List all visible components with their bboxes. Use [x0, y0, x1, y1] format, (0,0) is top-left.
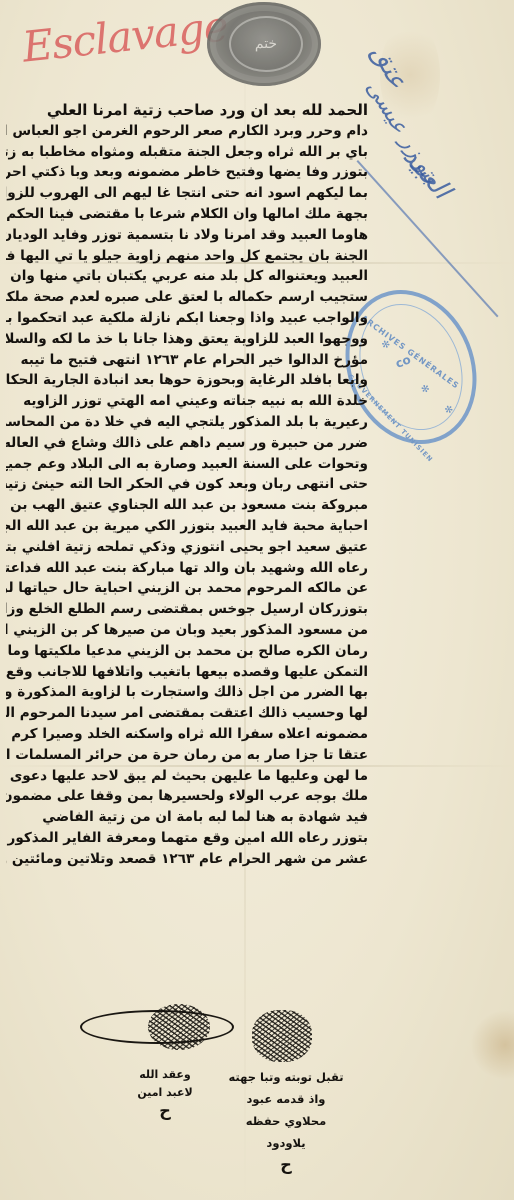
- text-line: فيد شهادة به هنا لما لبه بامة ان من زتية…: [6, 807, 368, 828]
- text-line: بها الضرر من اجل ذالك واستجارت با لزاوية…: [6, 682, 368, 703]
- right-signature: تقبل توبته وتبا جهته واذ قدمه عبود محلاو…: [226, 1066, 346, 1176]
- text-line: ضرر من حبيرة ور سيم داهم على ذالك وشاع ف…: [6, 433, 368, 454]
- text-line: ووجهوا العبد للزاوية يعتق وهذا جانا با خ…: [6, 329, 368, 350]
- text-line: وتحوات على السنة العبيد وصارة به الى الب…: [6, 454, 368, 475]
- left-signature: وعقد الله لاعبد امين ح: [120, 1066, 210, 1120]
- text-line: ما لهن وعليها ما عليهن بحيث لم يبق لاحد …: [6, 766, 368, 787]
- text-line: عتيق سعيد اجو يحيى انتوزي وذكي تملحه زتي…: [6, 537, 368, 558]
- text-line: حتى انتهى ربان وبعد كون في الحكر الحا ال…: [6, 474, 368, 495]
- seal-inscription: ختم: [229, 16, 303, 72]
- text-line: مؤرخ الدالوا خير الحرام عام ١٢٦٣ انتهى ف…: [6, 350, 368, 371]
- signature-line: ح: [226, 1154, 346, 1176]
- text-line: باي بر الله ثراه وجعل الجنة متقبله ومثوا…: [6, 142, 368, 163]
- signature-line: لاعبد امين: [120, 1084, 210, 1102]
- manuscript-body: الحمد لله بعد ان ورد صاحب زتية امرنا الع…: [6, 100, 368, 869]
- signature-line: ح: [120, 1102, 210, 1120]
- text-line: وابعا بافلد الرغاية وبحوزة حوها بعد انبا…: [6, 370, 368, 391]
- text-line: عشر من شهر الحرام عام ١٢٦٣ قصعد وتلاتين …: [6, 849, 368, 870]
- text-line: دام وحرر وبرد الكارم صعر الرحوم الغرمن ا…: [6, 121, 368, 142]
- text-line: بتوزركان ارسيل جوخس بمقتضى رسم الطلع الخ…: [6, 599, 368, 620]
- text-line: رعاه الله وشهيد بان والد تها مباركة بنت …: [6, 558, 368, 579]
- text-line: رمان الكره صالح بن محمد بن الزيني مدعيا …: [6, 641, 368, 662]
- document-page: Esclavage ختم عتق بتو زر عيسى العبيد ARC…: [0, 0, 514, 1200]
- signature-line: يلاودود: [226, 1132, 346, 1154]
- text-line: والواجب عبيد واذا وجعنا ابكم نازلة ملكية…: [6, 308, 368, 329]
- text-line: الحمد لله بعد ان ورد صاحب زتية امرنا الع…: [6, 100, 368, 121]
- text-line: بتوزر رعاه الله امين وقع متهما ومعرفة ال…: [6, 828, 368, 849]
- text-line: خلدة الله به نبيه جناته وعيني امه الهتي …: [6, 391, 368, 412]
- paper-stain: [470, 1010, 514, 1080]
- text-line: التمكن عليها وقصده بيعها باتغيب واتلافها…: [6, 662, 368, 683]
- text-line: احباية محبة فايد العبيد بتوزر الكي ميرية…: [6, 516, 368, 537]
- signature-line: تقبل توبته وتبا جهته: [226, 1066, 346, 1088]
- text-line: هاوما العبيد وقد امرنا ولاد نا بتسمية تو…: [6, 225, 368, 246]
- text-line: بتوزر وفا يضها وفتيح خاطر مضمونه وبعد وب…: [6, 162, 368, 183]
- text-line: العبيد ويعتنواله كل بلد منه عربي يكتبان …: [6, 266, 368, 287]
- text-line: لها وحسيب ذالك اعتقت بمقتضى امر سيدنا ال…: [6, 703, 368, 724]
- text-line: من مسعود المذكور بعيد وبان من صيرها كر ب…: [6, 620, 368, 641]
- signature-scribble: [252, 1010, 312, 1062]
- text-line: بما ليكهم اسود انه حتى انتجا غا ليهم الى…: [6, 183, 368, 204]
- wax-seal: ختم: [207, 2, 321, 86]
- text-line: ستجيب ارسم حكماله با لعتق على صبره لعدم …: [6, 287, 368, 308]
- text-line: ملك بوجه عرب الولاء ولحسيرها بمن وقفا عل…: [6, 786, 368, 807]
- signature-scribble: [148, 1004, 210, 1050]
- signature-line: واذ قدمه عبود: [226, 1088, 346, 1110]
- red-pencil-annotation: Esclavage: [20, 1, 230, 71]
- text-line: رعيرية با بلد المذكور يلتجي اليه في خلا …: [6, 412, 368, 433]
- text-line: عن مالكه المرحوم محمد بن الزيني احباية ح…: [6, 578, 368, 599]
- text-line: مبروكة بنت مسعود بن عبد الله الجناوي عتي…: [6, 495, 368, 516]
- text-line: عتقا تا جزا صار به من رمان حرة من حرائر …: [6, 745, 368, 766]
- signature-line: وعقد الله: [120, 1066, 210, 1084]
- signature-line: محلاوي حفظه: [226, 1110, 346, 1132]
- text-line: الجنة بان يجتمع كل واحد منهم زاوية جيلو …: [6, 246, 368, 267]
- text-line: بجهة ملك امالها وان الكلام شرعا با مقتضى…: [6, 204, 368, 225]
- text-line: مضمونه اعلاه سفرا الله ثراه واسكنه الخلد…: [6, 724, 368, 745]
